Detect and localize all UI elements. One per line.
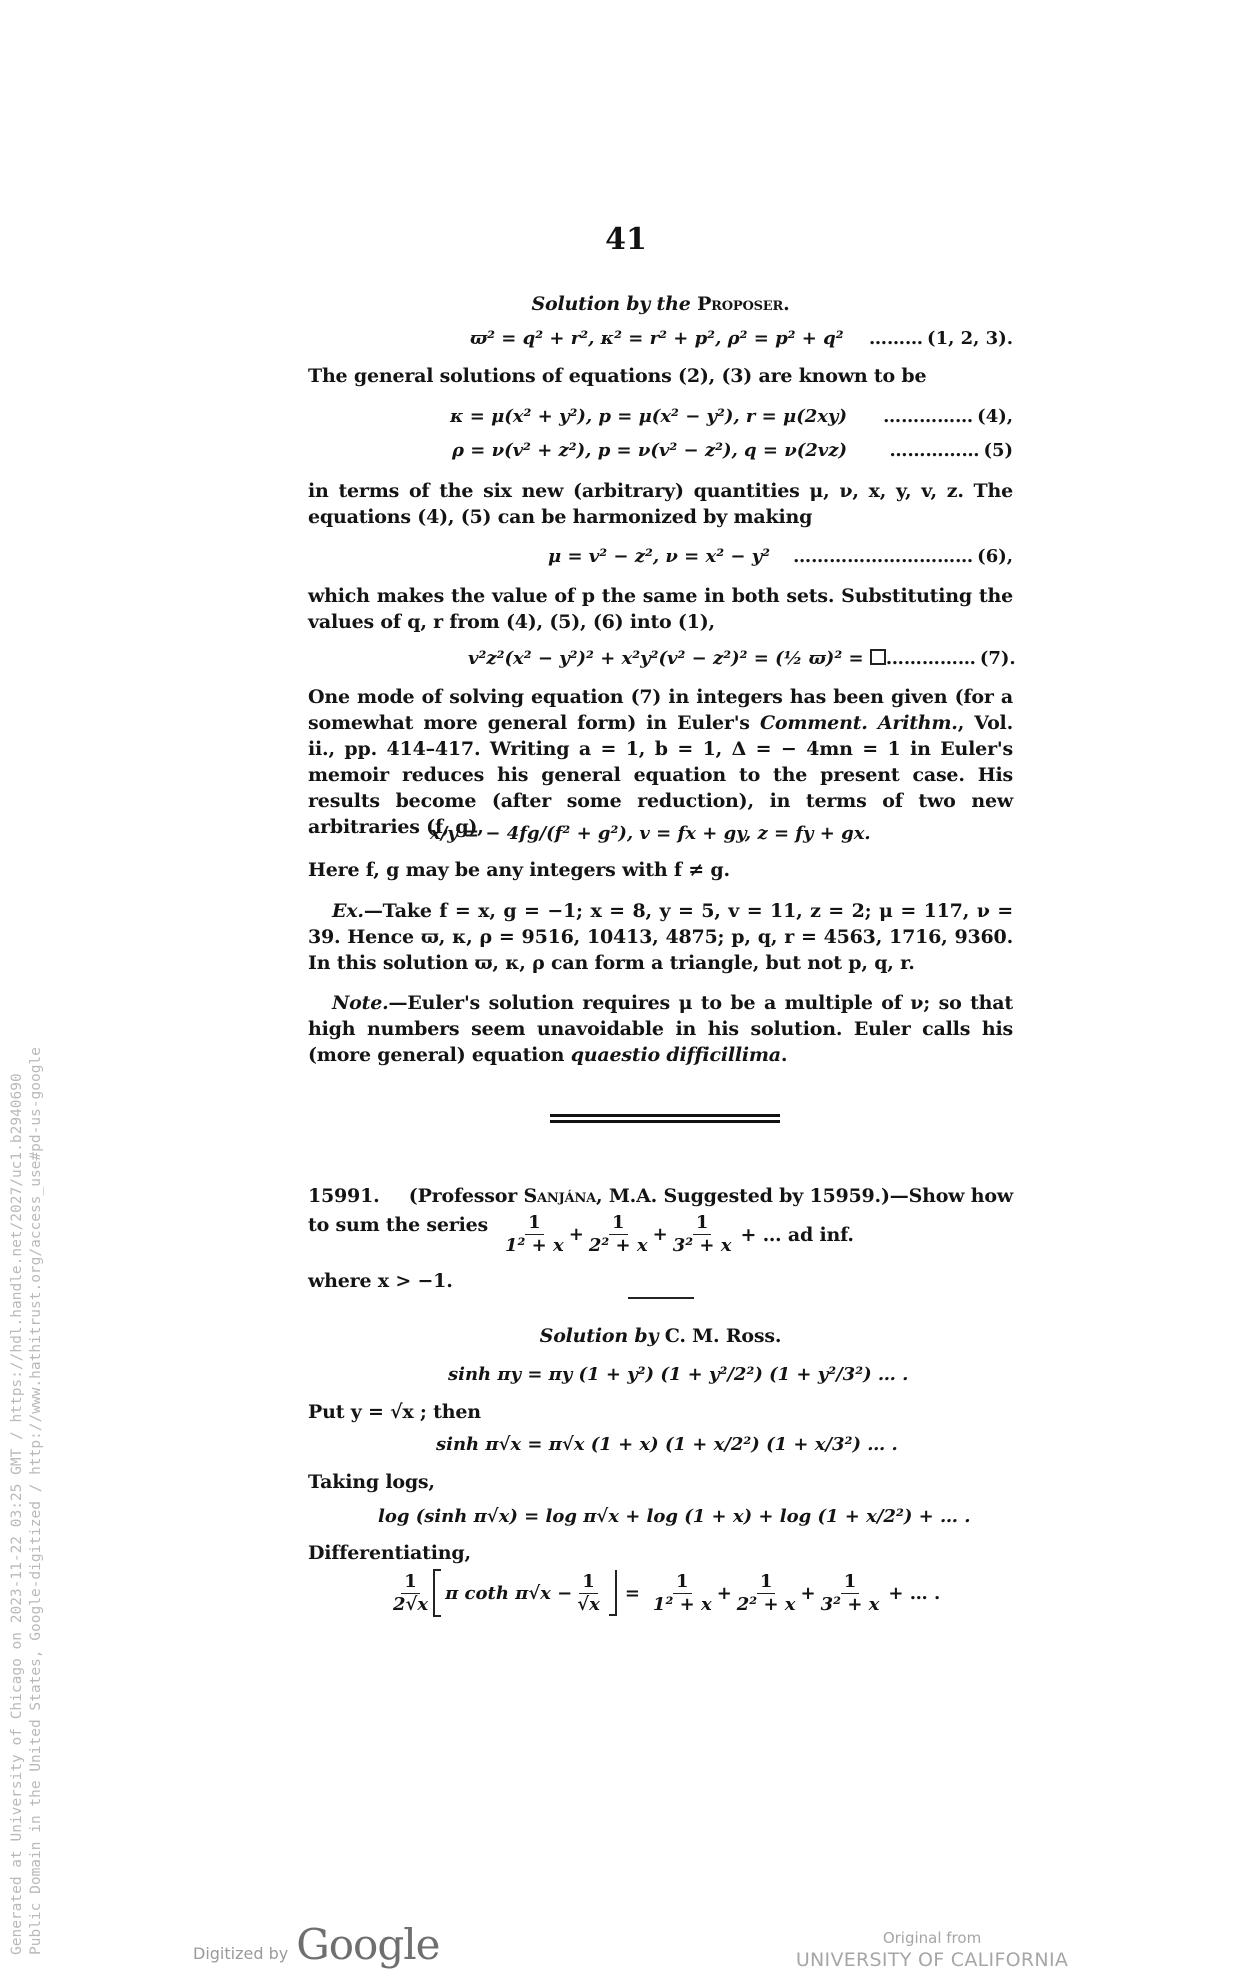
paragraph-f-g-integers: Here f, g may be any integers with f ≠ g… xyxy=(308,857,1013,883)
watermark-line-2: Public Domain in the United States, Goog… xyxy=(27,1047,46,1955)
fraction-term-1: 11² + x xyxy=(650,1571,715,1616)
paragraph-note: Note.—Euler's solution requires μ to be … xyxy=(308,990,1013,1068)
heading-author: Proposer. xyxy=(697,293,789,315)
equation-body: μ = v² − z², ν = x² − y² xyxy=(548,546,770,567)
equation-body: κ = μ(x² + y²), p = μ(x² − y²), r = μ(2x… xyxy=(450,406,847,427)
problem-statement-line1: 15991. (Professor Sanjána, M.A. Suggeste… xyxy=(308,1183,1013,1209)
heading-italic: Solution by xyxy=(540,1325,659,1347)
equation-7: v²z²(x² − y²)² + x²y²(v² − z²)² = (½ ϖ)²… xyxy=(468,648,1013,669)
differentiating-label: Differentiating, xyxy=(308,1540,471,1566)
equation-sinh-product: sinh πy = πy (1 + y²) (1 + y²/2²) (1 + y… xyxy=(448,1364,908,1385)
taking-logs-label: Taking logs, xyxy=(308,1469,435,1495)
series-tail: + … ad inf. xyxy=(740,1222,853,1248)
equation-body: v²z²(x² − y²)² + x²y²(v² − z²)² = (½ ϖ)²… xyxy=(468,648,886,669)
section-divider-double-rule xyxy=(550,1114,780,1124)
equation-body: ρ = ν(v² + z²), p = ν(v² − z²), q = ν(2v… xyxy=(452,440,847,461)
fraction-term-3: 13² + x xyxy=(670,1212,735,1257)
problem-condition: where x > −1. xyxy=(308,1268,453,1294)
digitized-by-google: Digitized by Google xyxy=(193,1920,440,1969)
solution-heading-proposer: Solution by the Proposer. xyxy=(308,291,1013,317)
watermark-line-1: Generated at University of Chicago on 20… xyxy=(8,1047,27,1955)
leader-dots: …………… xyxy=(847,440,983,461)
leader-dots: ……… xyxy=(844,328,927,349)
paragraph-substituting: which makes the value of p the same in b… xyxy=(308,583,1013,635)
heading-italic: Solution by the xyxy=(532,293,691,315)
proposer-name: Sanjána xyxy=(524,1185,597,1207)
prefactor-fraction: 12√x xyxy=(390,1571,431,1616)
institution-name: UNIVERSITY OF CALIFORNIA xyxy=(782,1948,1082,1972)
equation-euler-result: x/y = − 4fg/(f² + g²), v = fx + gy, z = … xyxy=(430,823,871,844)
scanned-book-page: 41 Solution by the Proposer. ϖ² = q² + r… xyxy=(0,0,1252,1978)
digitized-by-label: Digitized by xyxy=(193,1944,288,1963)
paragraph-example: Ex.—Take f = x, g = −1; x = 8, y = 5, v … xyxy=(308,898,1013,976)
equation-tag: (6), xyxy=(977,546,1013,567)
note-label: Note. xyxy=(332,992,389,1014)
google-logo: Google xyxy=(296,1920,439,1969)
equation-sinh-sqrt: sinh π√x = π√x (1 + x) (1 + x/2²) (1 + x… xyxy=(436,1434,898,1455)
equation-6: μ = v² − z², ν = x² − y² ………………………… (6), xyxy=(548,546,1013,567)
solution-heading-ross: Solution by C. M. Ross. xyxy=(308,1323,1013,1349)
equation-tag: (4), xyxy=(977,406,1013,427)
leader-dots: …………… xyxy=(886,648,980,669)
series-expression: 11² + x + 12² + x + 13² + x + … ad inf. xyxy=(500,1212,854,1257)
problem-number: 15991. xyxy=(308,1183,380,1209)
equation-tag: (7). xyxy=(980,648,1016,669)
paragraph-six-quantities: in terms of the six new (arbitrary) quan… xyxy=(308,478,1013,530)
fraction-term-2: 12² + x xyxy=(586,1212,651,1257)
fraction-term-3: 13² + x xyxy=(818,1571,883,1616)
equation-body: ϖ² = q² + r², κ² = r² + p², ρ² = p² + q² xyxy=(470,328,844,349)
fraction-term-2: 12² + x xyxy=(734,1571,799,1616)
inner-fraction: 1√x xyxy=(574,1571,603,1616)
paragraph-general-solutions: The general solutions of equations (2), … xyxy=(308,363,1013,389)
page-number: 41 xyxy=(0,222,1252,257)
original-from: Original from UNIVERSITY OF CALIFORNIA xyxy=(782,1928,1082,1972)
right-bracket xyxy=(609,1570,617,1616)
short-divider-rule xyxy=(628,1297,694,1299)
problem-attribution: (Professor Sanjána, M.A. Suggested by 15… xyxy=(409,1183,1013,1209)
left-bracket xyxy=(433,1569,441,1617)
equation-tag: (5) xyxy=(983,440,1013,461)
example-label: Ex. xyxy=(332,900,364,922)
square-symbol xyxy=(870,649,886,665)
equation-tag: (1, 2, 3). xyxy=(927,328,1013,349)
latin-phrase: quaestio difficillima xyxy=(571,1044,781,1066)
original-from-label: Original from xyxy=(782,1928,1082,1948)
leader-dots: …………… xyxy=(847,406,977,427)
hathitrust-watermark: Generated at University of Chicago on 20… xyxy=(8,1047,46,1955)
paragraph-euler-method: One mode of solving equation (7) in inte… xyxy=(308,684,1013,840)
equation-derivative: 12√x π coth π√x − 1√x = 11² + x + 12² + … xyxy=(388,1569,940,1617)
fraction-term-1: 11² + x xyxy=(502,1212,567,1257)
heading-author: C. M. Ross. xyxy=(665,1325,782,1347)
equation-4: κ = μ(x² + y²), p = μ(x² − y²), r = μ(2x… xyxy=(450,406,1013,427)
problem-statement-line2: to sum the series xyxy=(308,1212,488,1238)
leader-dots: ………………………… xyxy=(770,546,977,567)
equation-5: ρ = ν(v² + z²), p = ν(v² − z²), q = ν(2v… xyxy=(452,440,1013,461)
equation-1-2-3: ϖ² = q² + r², κ² = r² + p², ρ² = p² + q²… xyxy=(470,328,1013,349)
citation-title: Comment. Arithm. xyxy=(760,712,958,734)
equation-log: log (sinh π√x) = log π√x + log (1 + x) +… xyxy=(378,1506,971,1527)
put-y-sqrt-x: Put y = √x ; then xyxy=(308,1399,481,1425)
